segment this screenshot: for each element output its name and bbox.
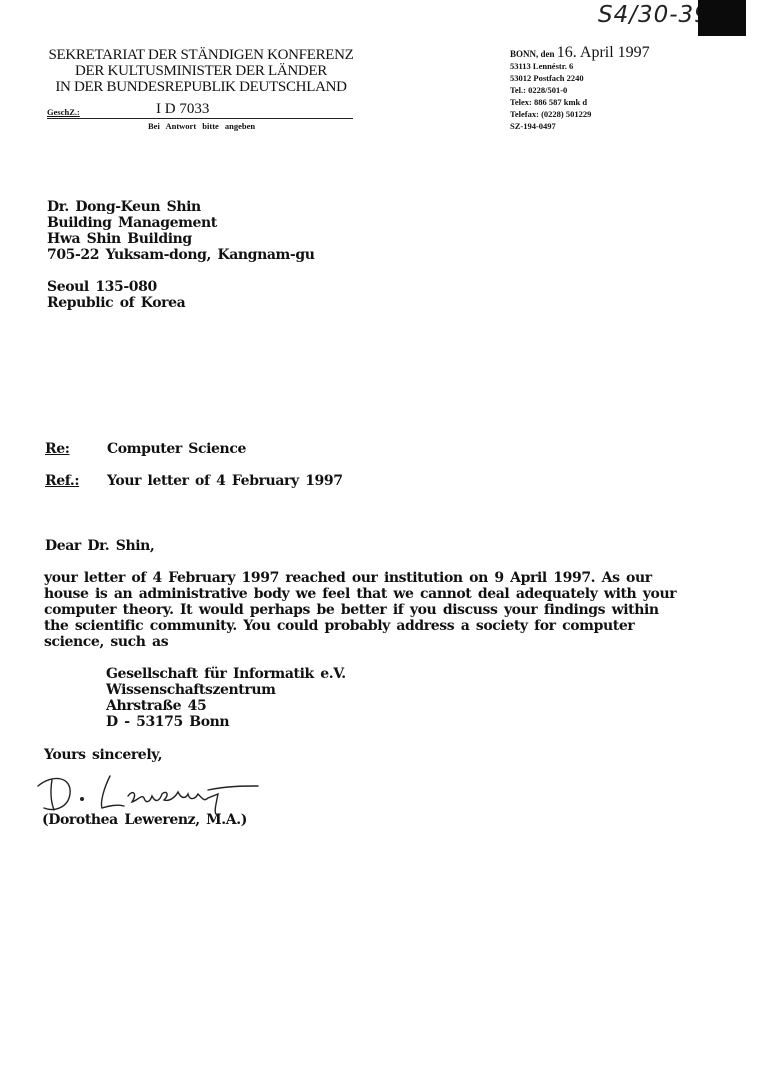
sender-line: Tel.: 0228/501-0 [510,84,650,96]
org-line: SEKRETARIAT DER STÄNDIGEN KONFERENZ [40,47,362,63]
signer-name: (Dorothea Lewerenz, M.A.) [42,812,247,828]
sender-line: Telex: 886 587 kmk d [510,96,650,108]
sender-info: BONN, den 16. April 1997 53113 Lennéstr.… [510,47,650,132]
closing: Yours sincerely, [44,747,162,763]
date-line: BONN, den 16. April 1997 [510,47,650,60]
recipient-line: Building Management [47,215,315,231]
salutation: Dear Dr. Shin, [45,538,154,554]
society-line: Wissenschaftszentrum [106,682,346,698]
recipient-line: Hwa Shin Building [47,231,315,247]
org-line: IN DER BUNDESREPUBLIK DEUTSCHLAND [40,79,362,95]
sender-line: 53012 Postfach 2240 [510,72,650,84]
reference-label: Ref.: [45,473,79,489]
subject-row: Re: Computer Science [45,441,70,457]
redaction-box [698,0,746,36]
body-line: the scientific community. You could prob… [44,618,654,634]
recipient-line: Seoul 135-080 [47,279,185,295]
letter-date: 16. April 1997 [557,44,650,61]
body-line: science, such as [44,634,654,650]
recipient-line: 705-22 Yuksam-dong, Kangnam-gu [47,247,315,263]
reference-value: Your letter of 4 February 1997 [107,473,343,489]
sender-line: Telefax: (0228) 501229 [510,108,650,120]
society-line: D - 53175 Bonn [106,714,346,730]
letterhead-organization: SEKRETARIAT DER STÄNDIGEN KONFERENZ DER … [40,47,362,95]
recipient-line: Republic of Korea [47,295,185,311]
org-line: DER KULTUSMINISTER DER LÄNDER [40,63,362,79]
body-line: your letter of 4 February 1997 reached o… [44,570,654,586]
society-address: Gesellschaft für Informatik e.V. Wissens… [106,666,346,730]
society-line: Gesellschaft für Informatik e.V. [106,666,346,682]
body-line: house is an administrative body we feel … [44,586,654,602]
recipient-line: Dr. Dong-Keun Shin [47,199,315,215]
file-reference-row: GeschZ.: I D 7033 [47,101,353,119]
file-reference-value: I D 7033 [156,101,209,118]
body-line: computer theory. It would perhaps be bet… [44,602,654,618]
reference-row: Ref.: Your letter of 4 February 1997 [45,473,79,489]
date-prefix: BONN, den [510,49,555,59]
reply-note: Bei Antwort bitte angeben [148,121,255,131]
handwritten-signature [32,768,272,818]
subject-value: Computer Science [107,441,246,457]
sender-line: SZ-194-0497 [510,120,650,132]
recipient-address: Dr. Dong-Keun Shin Building Management H… [47,199,315,263]
sender-line: 53113 Lennéstr. 6 [510,60,650,72]
body-paragraph: your letter of 4 February 1997 reached o… [44,570,654,650]
society-line: Ahrstraße 45 [106,698,346,714]
file-reference-label: GeschZ.: [47,107,80,117]
subject-label: Re: [45,441,70,457]
recipient-city: Seoul 135-080 Republic of Korea [47,279,185,311]
